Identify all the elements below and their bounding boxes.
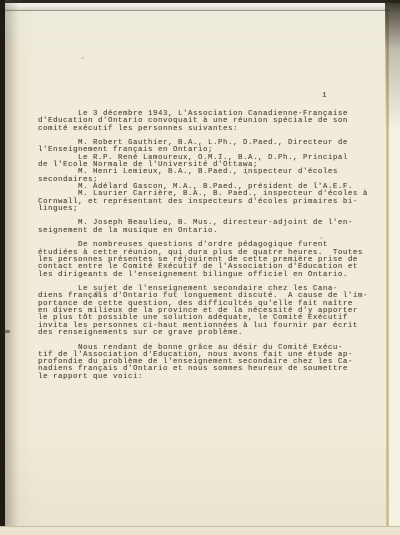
scanned-page: 1 Le 3 décembre 1943, L'Association Cana…	[0, 0, 400, 535]
top-right-corner-shadow	[385, 0, 400, 130]
paragraph-report-intro: Nous rendant de bonne grâce au désir du …	[38, 345, 383, 381]
paragraph-intro: Le 3 décembre 1943, L'Association Canadi…	[38, 111, 383, 133]
bottom-edge-page-stack	[0, 526, 400, 535]
typewritten-text: Le 3 décembre 1943, L'Association Canadi…	[38, 111, 383, 388]
paragraph-secondary-education: Le sujet de l'enseignement secondaire ch…	[38, 286, 383, 337]
paragraph-attendees: M. Robert Gauthier, B.A., L.Ph., D.Paed.…	[38, 140, 383, 213]
paper-speck	[81, 57, 84, 59]
paragraph-beaulieu: M. Joseph Beaulieu, B. Mus., directeur-a…	[38, 220, 383, 235]
page-number: 1	[322, 92, 327, 100]
paragraph-meeting-summary: De nombreuses questions d'ordre pédagogi…	[38, 242, 383, 278]
paper-speck	[4, 330, 10, 333]
top-edge-page-stack	[5, 3, 390, 11]
left-gutter-shadow	[5, 0, 19, 535]
